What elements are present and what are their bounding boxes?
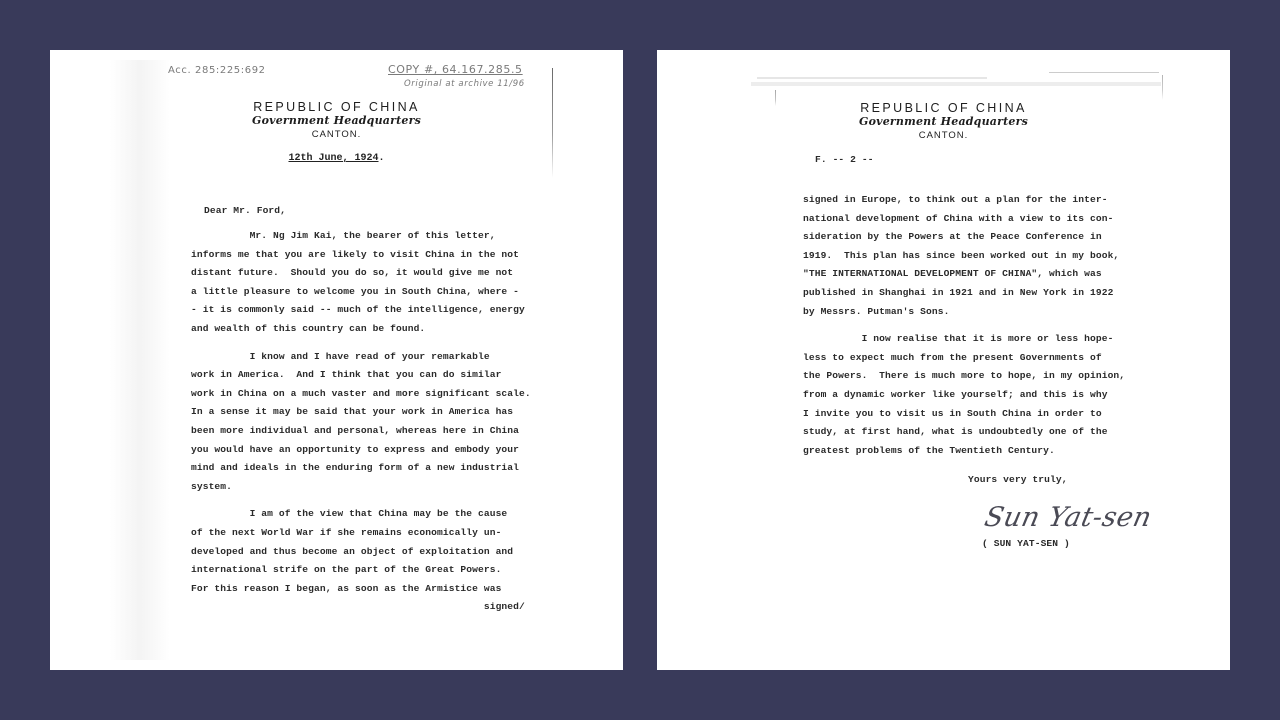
letterhead-subtitle: Government Headquarters xyxy=(657,115,1230,129)
text-line: - it is commonly said -- much of the int… xyxy=(191,301,531,320)
text-line: been more individual and personal, where… xyxy=(191,422,531,441)
text-line: greatest problems of the Twentieth Centu… xyxy=(803,442,1125,461)
text-line: signed in Europe, to think out a plan fo… xyxy=(803,191,1125,210)
signature: Sun Yat-sen xyxy=(982,502,1155,533)
text-line: "THE INTERNATIONAL DEVELOPMENT OF CHINA"… xyxy=(803,265,1125,284)
text-line xyxy=(803,321,1125,330)
text-line: international strife on the part of the … xyxy=(191,561,531,580)
text-line: from a dynamic worker like yourself; and… xyxy=(803,386,1125,405)
text-line: published in Shanghai in 1921 and in New… xyxy=(803,284,1125,303)
text-line: and wealth of this country can be found. xyxy=(191,320,531,339)
typed-name: ( SUN YAT-SEN ) xyxy=(982,538,1070,549)
text-line: I know and I have read of your remarkabl… xyxy=(191,348,531,367)
text-line: signed/ xyxy=(191,598,531,617)
text-line: I now realise that it is more or less ho… xyxy=(803,330,1125,349)
copy-reference: COPY #, 64.167.285.5 xyxy=(388,63,523,76)
text-line: you would have an opportunity to express… xyxy=(191,441,531,460)
text-line: a little pleasure to welcome you in Sout… xyxy=(191,283,531,302)
text-line: distant future. Should you do so, it wou… xyxy=(191,264,531,283)
letter-page-1: Acc. 285:225:692 COPY #, 64.167.285.5 Or… xyxy=(50,50,623,670)
text-line: 1919. This plan has since been worked ou… xyxy=(803,247,1125,266)
text-line: study, at first hand, what is undoubtedl… xyxy=(803,423,1125,442)
text-line: national development of China with a vie… xyxy=(803,210,1125,229)
letterhead-subtitle: Government Headquarters xyxy=(50,114,623,128)
letter-body-page-1: Mr. Ng Jim Kai, the bearer of this lette… xyxy=(191,227,531,617)
text-line: mind and ideals in the enduring form of … xyxy=(191,459,531,478)
text-line: informs me that you are likely to visit … xyxy=(191,246,531,265)
text-line xyxy=(191,339,531,348)
letterhead: REPUBLIC OF CHINA Government Headquarter… xyxy=(50,100,623,142)
text-line: sideration by the Powers at the Peace Co… xyxy=(803,228,1125,247)
date-text: 12th June, 1924 xyxy=(288,153,378,164)
text-line: less to expect much from the present Gov… xyxy=(803,349,1125,368)
letterhead-city: CANTON. xyxy=(50,128,623,142)
text-line xyxy=(191,496,531,505)
accession-number: Acc. 285:225:692 xyxy=(168,65,266,76)
scan-noise xyxy=(751,82,1161,86)
salutation: Dear Mr. Ford, xyxy=(204,205,286,216)
letterhead: REPUBLIC OF CHINA Government Headquarter… xyxy=(657,101,1230,143)
scan-noise xyxy=(1049,72,1159,73)
letter-page-2: REPUBLIC OF CHINA Government Headquarter… xyxy=(657,50,1230,670)
date-suffix: . xyxy=(379,153,385,164)
text-line: work in America. And I think that you ca… xyxy=(191,366,531,385)
text-line: I am of the view that China may be the c… xyxy=(191,505,531,524)
letter-body-page-2: signed in Europe, to think out a plan fo… xyxy=(803,191,1125,460)
text-line: developed and thus become an object of e… xyxy=(191,543,531,562)
text-line: I invite you to visit us in South China … xyxy=(803,405,1125,424)
text-line: Mr. Ng Jim Kai, the bearer of this lette… xyxy=(191,227,531,246)
margin-mark xyxy=(1162,75,1163,100)
text-line: the Powers. There is much more to hope, … xyxy=(803,367,1125,386)
closing: Yours very truly, xyxy=(968,474,1068,485)
letterhead-title: REPUBLIC OF CHINA xyxy=(657,101,1230,115)
text-line: of the next World War if she remains eco… xyxy=(191,524,531,543)
page-marker: F. -- 2 -- xyxy=(815,154,874,165)
letterhead-city: CANTON. xyxy=(657,129,1230,143)
text-line: In a sense it may be said that your work… xyxy=(191,403,531,422)
letterhead-title: REPUBLIC OF CHINA xyxy=(50,100,623,114)
scan-noise xyxy=(757,77,987,79)
original-note: Original at archive 11/96 xyxy=(404,79,525,89)
letter-date: 12th June, 1924. xyxy=(50,153,623,164)
text-line: For this reason I began, as soon as the … xyxy=(191,580,531,599)
text-line: system. xyxy=(191,478,531,497)
text-line: work in China on a much vaster and more … xyxy=(191,385,531,404)
text-line: by Messrs. Putman's Sons. xyxy=(803,303,1125,322)
scan-shade xyxy=(110,60,170,660)
